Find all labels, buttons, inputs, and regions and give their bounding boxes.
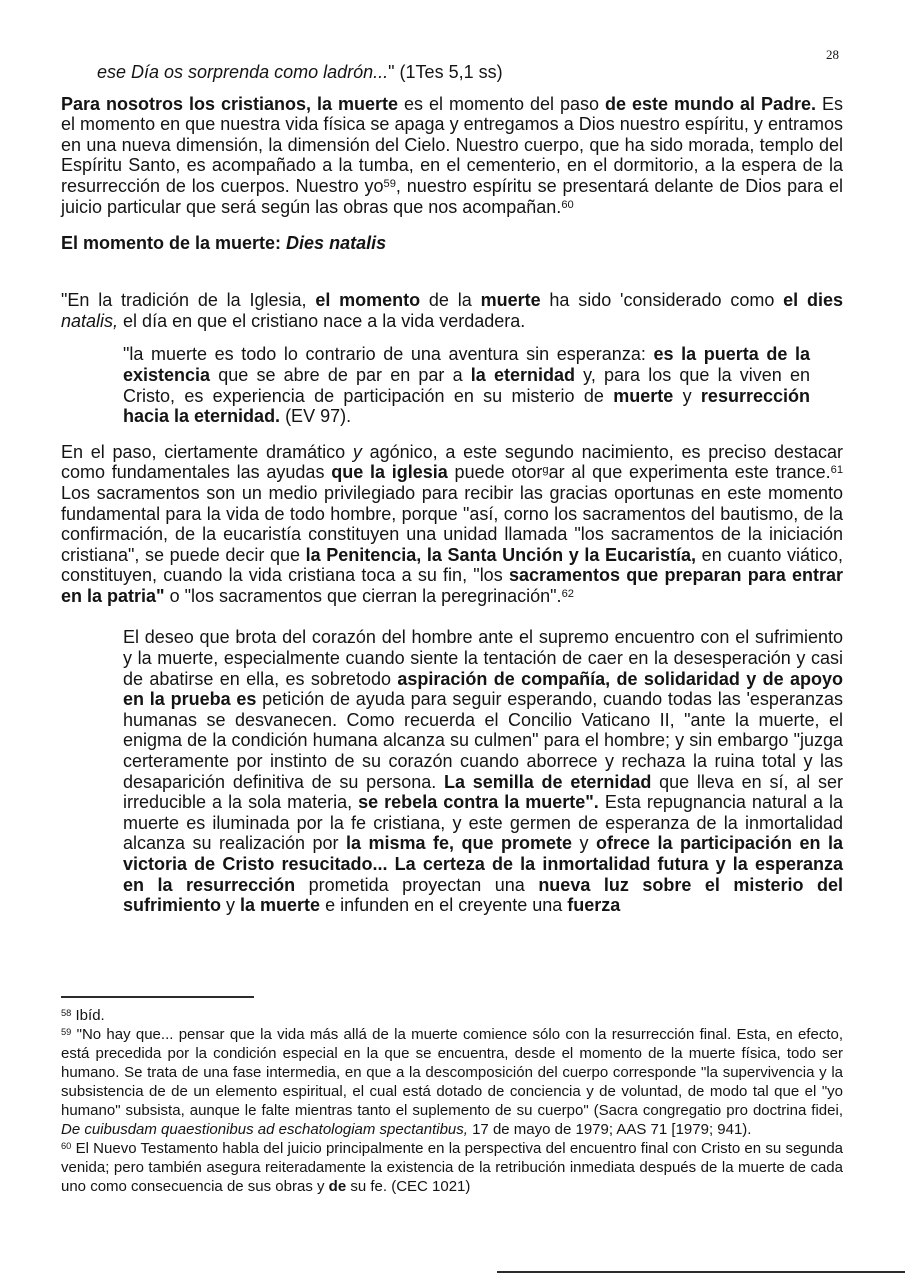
- paragraph-church-tradition: "En la tradición de la Iglesia, el momen…: [61, 290, 843, 331]
- section-heading-dies-natalis: El momento de la muerte: Dies natalis: [61, 233, 843, 254]
- footnotes-section: 58 Ibíd. 59 "No hay que... pensar que la…: [61, 996, 843, 1196]
- footnote-separator-line: [61, 996, 254, 998]
- blockquote-ev97: "la muerte es todo lo contrario de una a…: [123, 344, 810, 426]
- document-page: 28 ese Día os sorprenda como ladrón..." …: [0, 0, 905, 1280]
- footnote-60: 60 El Nuevo Testamento habla del juicio …: [61, 1139, 843, 1196]
- footnote-58: 58 Ibíd.: [61, 1006, 843, 1025]
- footnote-59: 59 "No hay que... pensar que la vida más…: [61, 1025, 843, 1139]
- paragraph-death-passage: Para nosotros los cristianos, la muerte …: [61, 94, 843, 218]
- blockquote-desire-of-heart: El deseo que brota del corazón del hombr…: [123, 627, 843, 915]
- bottom-page-line: [497, 1271, 905, 1273]
- page-body: ese Día os sorprenda como ladrón..." (1T…: [61, 46, 843, 916]
- paragraph-sacraments: En el paso, ciertamente dramático y agón…: [61, 442, 843, 607]
- scripture-quote-line: ese Día os sorprenda como ladrón..." (1T…: [97, 62, 843, 83]
